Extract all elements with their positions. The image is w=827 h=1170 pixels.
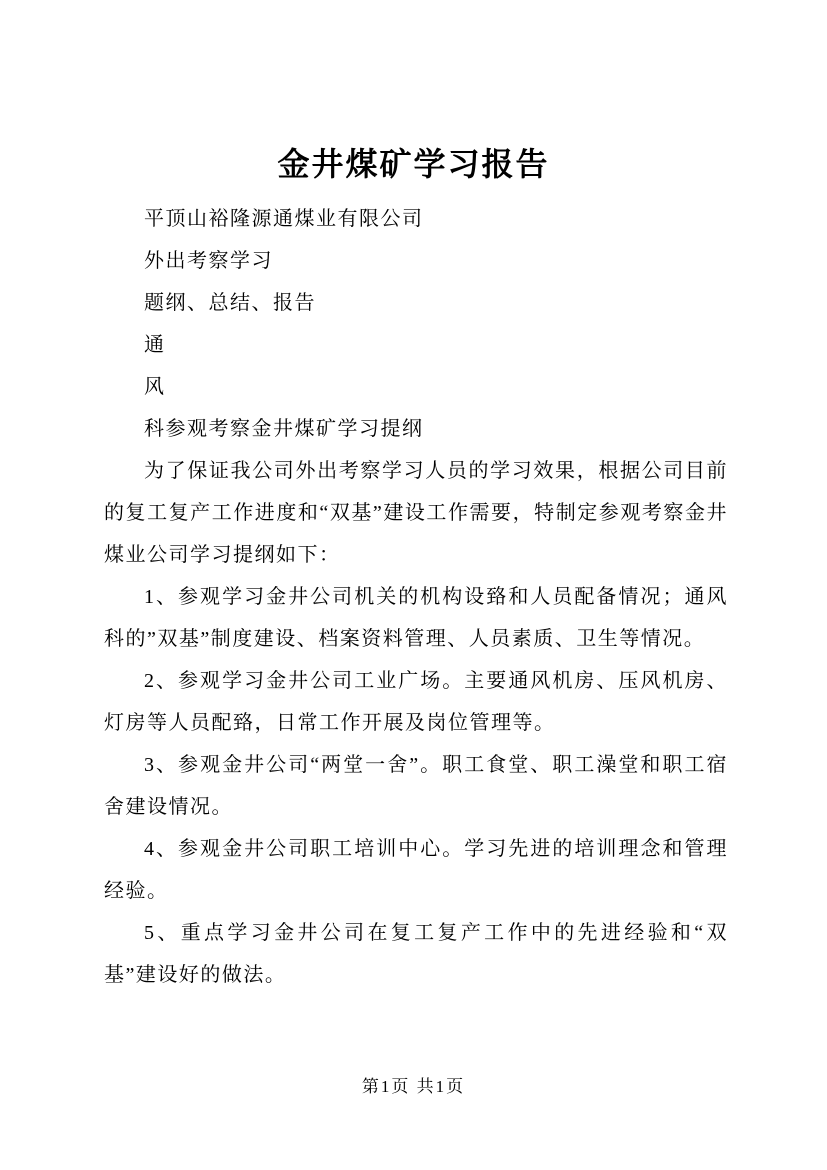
paragraph-outline-line: 题纲、总结、报告 [104, 282, 728, 324]
paragraph-intro: 为了保证我公司外出考察学习人员的学习效果，根据公司目前的复工复产工作进度和“双基… [104, 450, 728, 576]
paragraph-company-line: 平顶山裕隆源通煤业有限公司 [104, 198, 728, 240]
document-page: 金井煤矿学习报告 平顶山裕隆源通煤业有限公司 外出考察学习 题纲、总结、报告 通… [0, 0, 827, 1170]
paragraph-item-5: 5、重点学习金井公司在复工复产工作中的先进经验和“双基”建设好的做法。 [104, 912, 728, 996]
paragraph-section-heading: 科参观考察金井煤矿学习提纲 [104, 408, 728, 450]
paragraph-item-1: 1、参观学习金井公司机关的机构设臵和人员配备情况；通风科的”双基”制度建设、档案… [104, 576, 728, 660]
document-body: 平顶山裕隆源通煤业有限公司 外出考察学习 题纲、总结、报告 通 风 科参观考察金… [104, 198, 728, 996]
paragraph-item-3: 3、参观金井公司“两堂一舍”。职工食堂、职工澡堂和职工宿舍建设情况。 [104, 744, 728, 828]
paragraph-item-4: 4、参观金井公司职工培训中心。学习先进的培训理念和管理经验。 [104, 828, 728, 912]
paragraph-item-2: 2、参观学习金井公司工业广场。主要通风机房、压风机房、灯房等人员配臵，日常工作开… [104, 660, 728, 744]
page-number-footer: 第1页 共1页 [0, 1072, 827, 1097]
paragraph-study-line: 外出考察学习 [104, 240, 728, 282]
paragraph-tong-line: 通 [104, 324, 728, 366]
document-title: 金井煤矿学习报告 [0, 0, 827, 184]
paragraph-feng-line: 风 [104, 366, 728, 408]
